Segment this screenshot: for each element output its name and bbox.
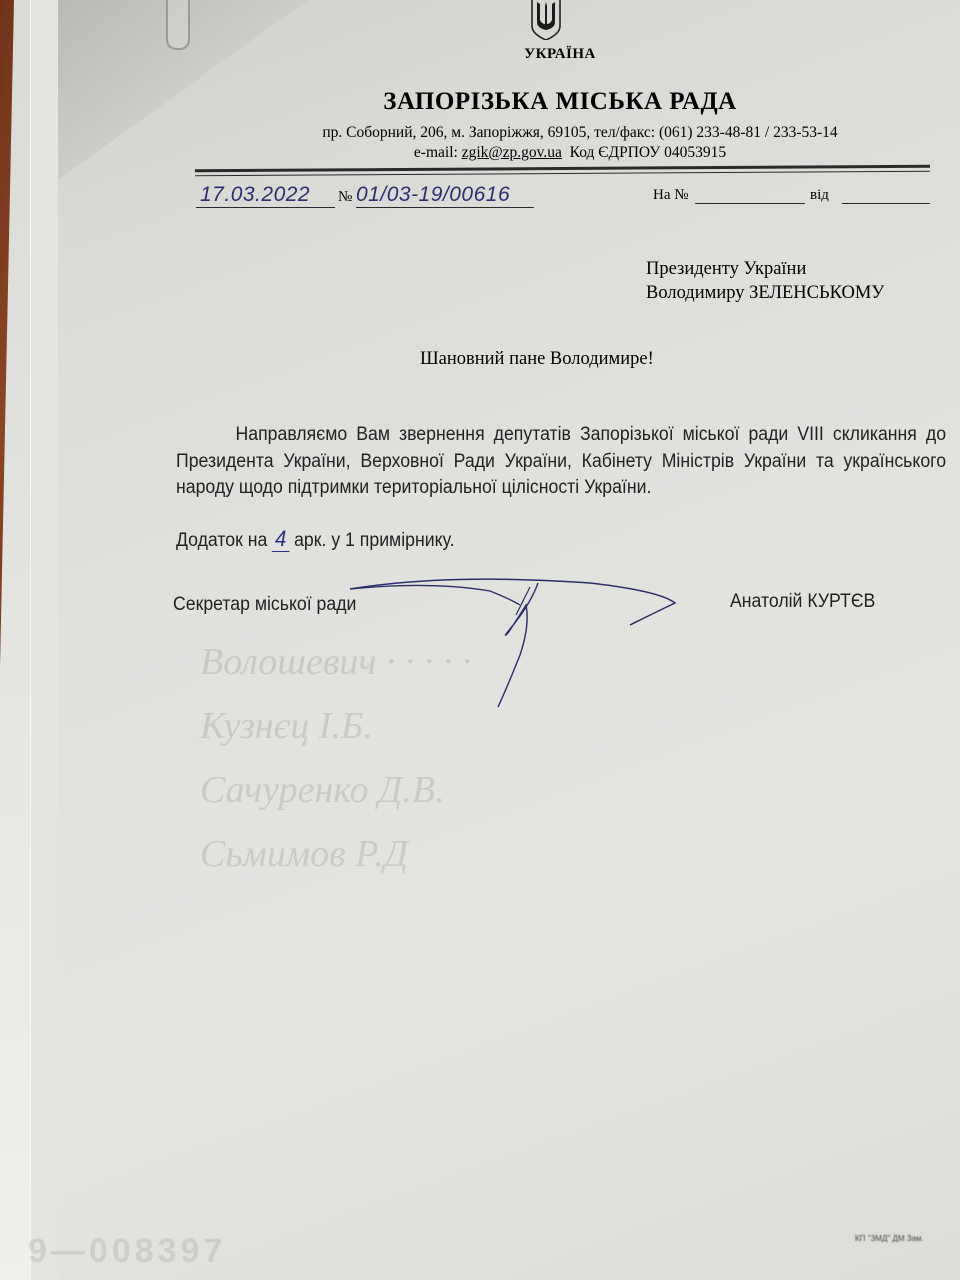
addressee-title: Президенту України — [646, 257, 884, 281]
email-link[interactable]: zgik@zp.gov.ua — [462, 144, 562, 161]
reference-date-field — [842, 183, 930, 204]
attachment-line: Додаток на 4 арк. у 1 примірнику. — [176, 526, 455, 552]
addressee-block: Президенту України Володимиру ЗЕЛЕНСЬКОМ… — [646, 257, 884, 305]
registration-date: 17.03.2022 — [196, 183, 335, 208]
country-label: УКРАЇНА — [440, 46, 680, 63]
reference-label: На № — [653, 187, 689, 204]
attachment-suffix: арк. у 1 примірнику. — [294, 530, 454, 551]
number-label: № — [338, 189, 352, 206]
address-line: пр. Соборний, 206, м. Запоріжжя, 69105, … — [260, 124, 900, 142]
attachment-prefix: Додаток на — [176, 530, 267, 551]
registration-number: 01/03-19/00616 — [356, 183, 534, 208]
reference-from-label: від — [810, 187, 829, 204]
paper-clip-icon — [166, 0, 190, 50]
letter-body: Направляємо Вам звернення депутатів Запо… — [176, 422, 946, 502]
addressee-name: Володимиру ЗЕЛЕНСЬКОМУ — [646, 281, 884, 305]
organization-title: ЗАПОРІЗЬКА МІСЬКА РАДА — [250, 88, 870, 116]
trident-coat-of-arms-icon — [528, 0, 564, 40]
edrpou-code: Код ЄДРПОУ 04053915 — [570, 144, 726, 161]
form-code: КП "ЗМД" ДМ Зам. — [855, 1234, 924, 1243]
email-label: e-mail: — [414, 144, 458, 161]
signatory-name: Анатолій КУРТЄВ — [730, 591, 875, 613]
signatory-title: Секретар міської ради — [173, 594, 356, 616]
handwritten-signature-icon — [330, 575, 730, 715]
body-paragraph: Направляємо Вам звернення депутатів Запо… — [176, 422, 946, 502]
registration-line: 17.03.2022 № 01/03-19/00616 На № від — [196, 183, 936, 209]
reference-number-field — [695, 183, 805, 204]
attachment-sheet-count: 4 — [272, 526, 289, 552]
embossed-serial: 9—008397 — [28, 1232, 226, 1271]
salutation: Шановний пане Володимире! — [420, 349, 654, 370]
contact-line: e-mail: zgik@zp.gov.ua Код ЄДРПОУ 040539… — [260, 144, 880, 162]
